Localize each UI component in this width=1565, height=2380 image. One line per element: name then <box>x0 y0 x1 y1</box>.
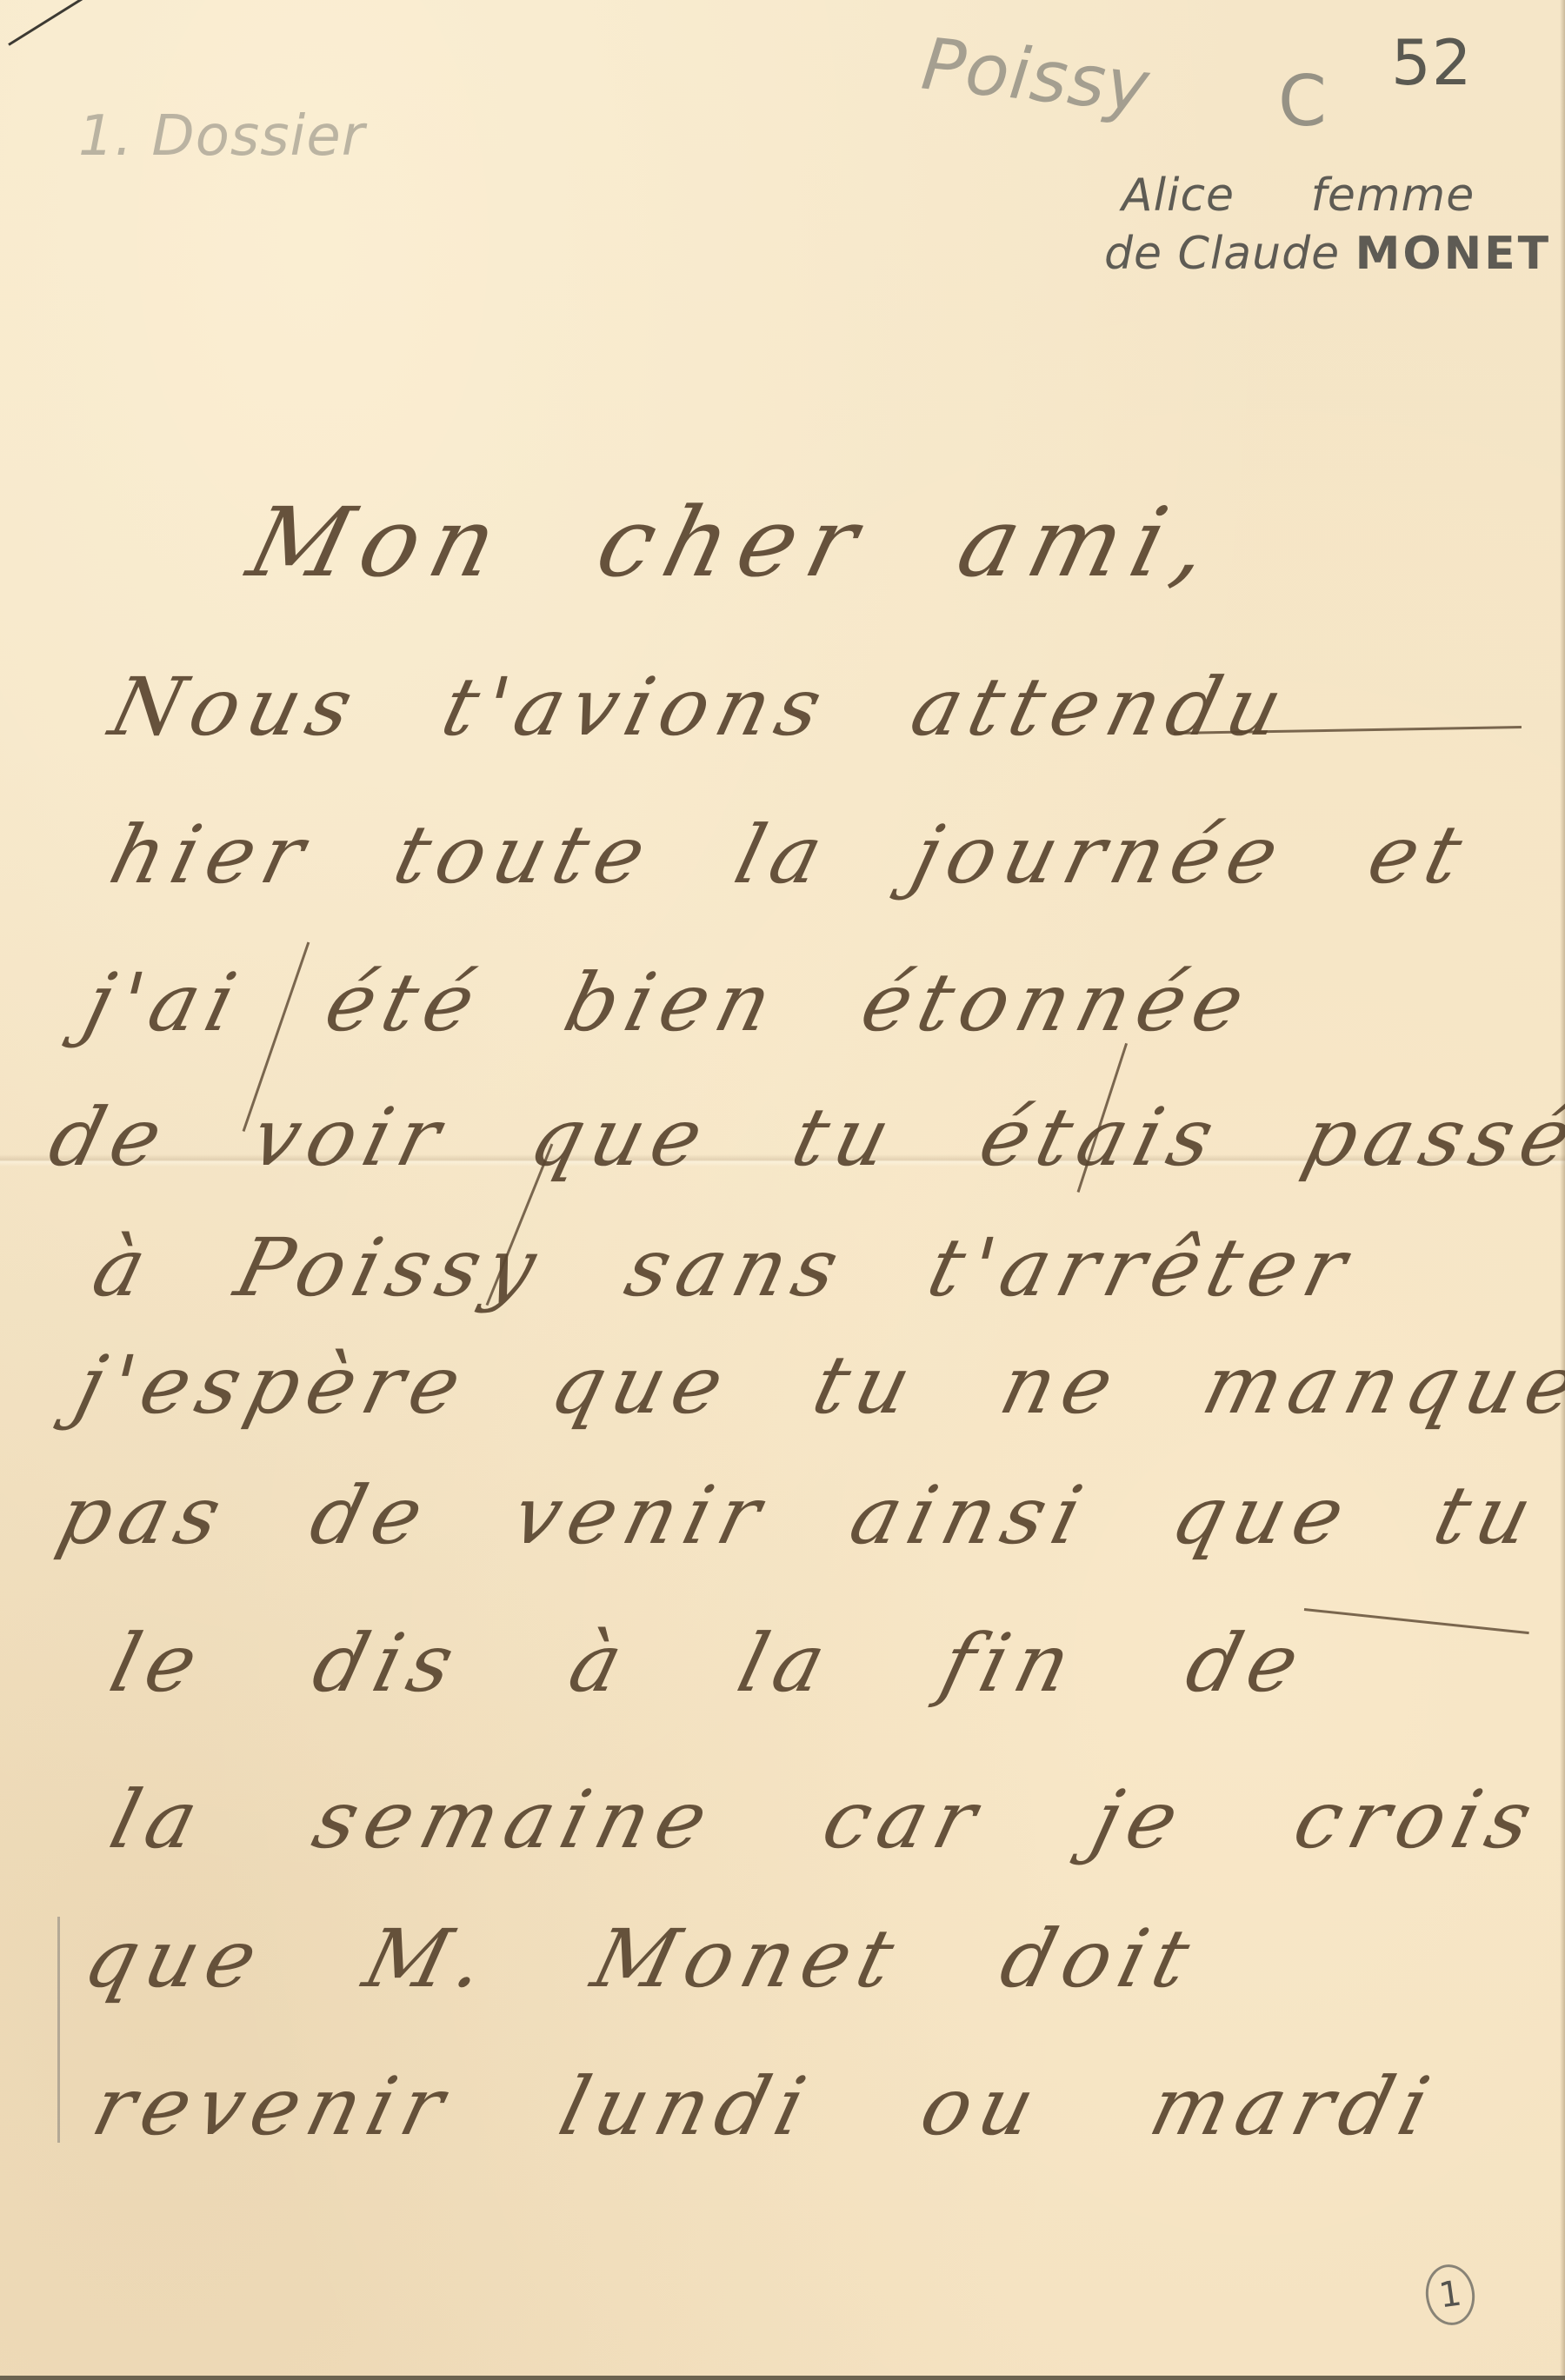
letter-line: revenir lundi ou mardi <box>84 2060 1447 2153</box>
letter-line: j'ai été bien étonnée <box>76 956 1262 1049</box>
letter-line: Nous t'avions attendu <box>102 661 1301 754</box>
letter-salutation: Mon cher ami, <box>238 487 1233 598</box>
letter-line: pas de venir ainsi que tu <box>50 1469 1549 1562</box>
ink-flourish <box>1304 1608 1529 1634</box>
letter-line: à Poissy sans t'arrêter <box>84 1221 1364 1314</box>
letter-line: hier toute la journée et <box>102 808 1480 901</box>
letter-line: le dis à la fin de <box>102 1617 1316 1710</box>
letter-line: la semaine car je crois <box>102 1773 1550 1866</box>
letter-line: de voir que tu étais passé <box>41 1091 1565 1184</box>
letter-body: Mon cher ami, Nous t'avions attendu hier… <box>0 0 1565 2380</box>
letter-line: j'espère que tu ne manqueras <box>67 1339 1565 1432</box>
letter-page: 1. Dossier Poissy C 52 Alice femme de Cl… <box>0 0 1565 2380</box>
letter-line: que M. Monet doit <box>76 1912 1207 2005</box>
